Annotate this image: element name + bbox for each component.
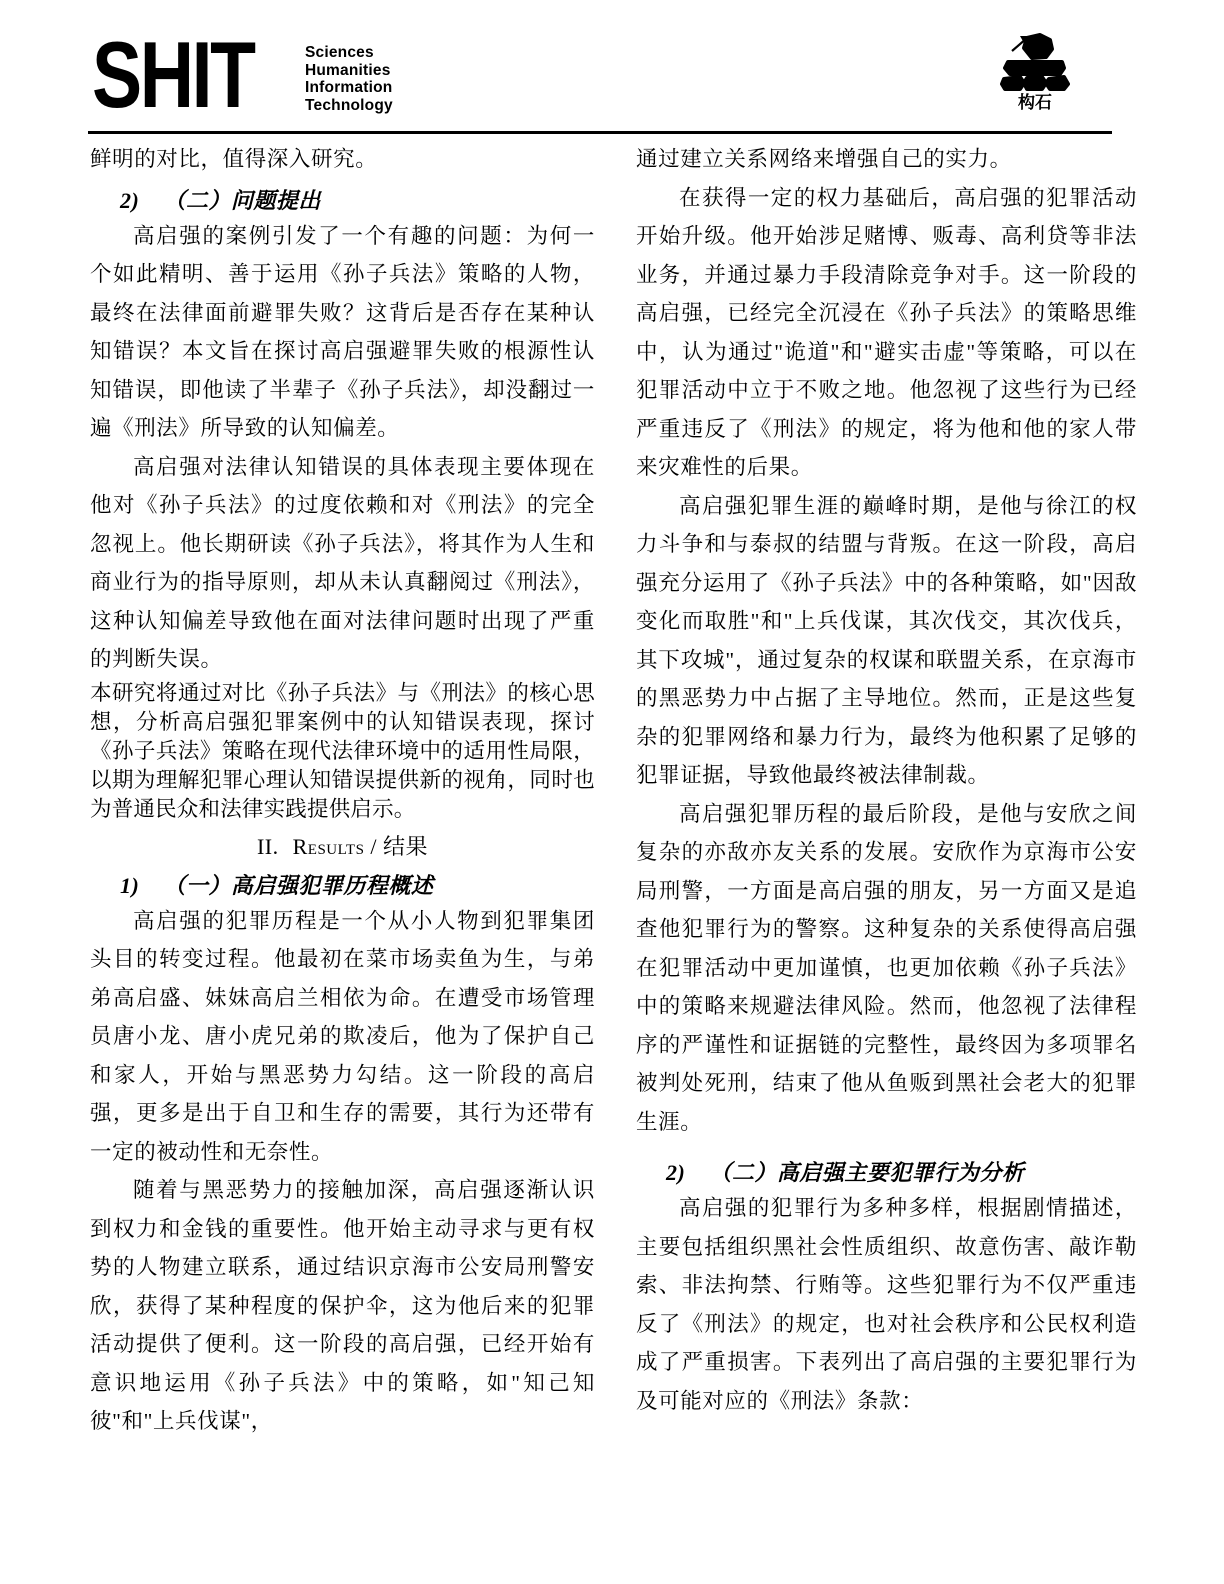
heading-number: 1): [120, 873, 139, 898]
section-title-latin: Results: [293, 834, 365, 859]
heading-number: 2): [120, 188, 139, 213]
heading-title: （二）问题提出: [163, 188, 321, 213]
document-page: SHIT Sciences Humanities Information Tec…: [0, 0, 1224, 1584]
paragraph-continuation: 鲜明的对比，值得深入研究。: [90, 140, 595, 179]
right-column: 通过建立关系网络来增强自己的实力。 在获得一定的权力基础后，高启强的犯罪活动开始…: [636, 140, 1137, 1420]
paragraph-final-stage: 高启强犯罪历程的最后阶段，是他与安欣之间复杂的亦敌亦友关系的发展。安欣作为京海市…: [636, 795, 1137, 1142]
paragraph-research-overview: 本研究将通过对比《孙子兵法》与《刑法》的核心思想，分析高启强犯罪案例中的认知错误…: [90, 679, 595, 824]
paragraph-escalation: 在获得一定的权力基础后，高启强的犯罪活动开始升级。他开始涉足赌博、贩毒、高利贷等…: [636, 179, 1137, 487]
section-heading-results: II.Results / 结果: [90, 832, 595, 862]
heading-title: （一）高启强犯罪历程概述: [163, 873, 433, 898]
publisher-mark-label: 构石: [980, 94, 1090, 112]
section-title-cjk: / 结果: [364, 834, 428, 859]
heading-number: 2): [666, 1160, 685, 1185]
subtitle-line: Information: [305, 79, 393, 97]
paragraph-crime-types: 高启强的犯罪行为多种多样，根据剧情描述，主要包括组织黑社会性质组织、故意伤害、敲…: [636, 1189, 1137, 1420]
subsection-heading-crime-analysis: 2)（二）高启强主要犯罪行为分析: [666, 1159, 1137, 1187]
header-divider: [88, 131, 1112, 134]
section-number: II.: [257, 834, 279, 859]
paragraph-cognitive-error: 高启强对法律认知错误的具体表现主要体现在他对《孙子兵法》的过度依赖和对《刑法》的…: [90, 448, 595, 679]
paragraph-peak: 高启强犯罪生涯的巅峰时期，是他与徐江的权力斗争和与泰叔的结盟与背叛。在这一阶段，…: [636, 487, 1137, 795]
left-column: 鲜明的对比，值得深入研究。 2)（二）问题提出 高启强的案例引发了一个有趣的问题…: [90, 140, 595, 1441]
paragraph-continuation: 通过建立关系网络来增强自己的实力。: [636, 140, 1137, 179]
subsection-heading-problem: 2)（二）问题提出: [120, 187, 595, 215]
publisher-mark: 构石: [980, 32, 1090, 112]
subsection-heading-crime-history: 1)（一）高启强犯罪历程概述: [120, 872, 595, 900]
subtitle-line: Humanities: [305, 62, 393, 80]
paragraph-crime-history-2: 随着与黑恶势力的接触加深，高启强逐渐认识到权力和金钱的重要性。他开始主动寻求与更…: [90, 1171, 595, 1441]
paragraph-case-question: 高启强的案例引发了一个有趣的问题：为何一个如此精明、善于运用《孙子兵法》策略的人…: [90, 217, 595, 448]
heading-title: （二）高启强主要犯罪行为分析: [709, 1160, 1024, 1185]
rock-pile-icon: [1000, 32, 1070, 92]
subtitle-line: Sciences: [305, 44, 393, 62]
journal-subtitle: Sciences Humanities Information Technolo…: [305, 44, 393, 114]
paragraph-crime-history-1: 高启强的犯罪历程是一个从小人物到犯罪集团头目的转变过程。他最初在菜市场卖鱼为生，…: [90, 902, 595, 1172]
subtitle-line: Technology: [305, 97, 393, 115]
journal-logo-text: SHIT: [92, 28, 254, 122]
